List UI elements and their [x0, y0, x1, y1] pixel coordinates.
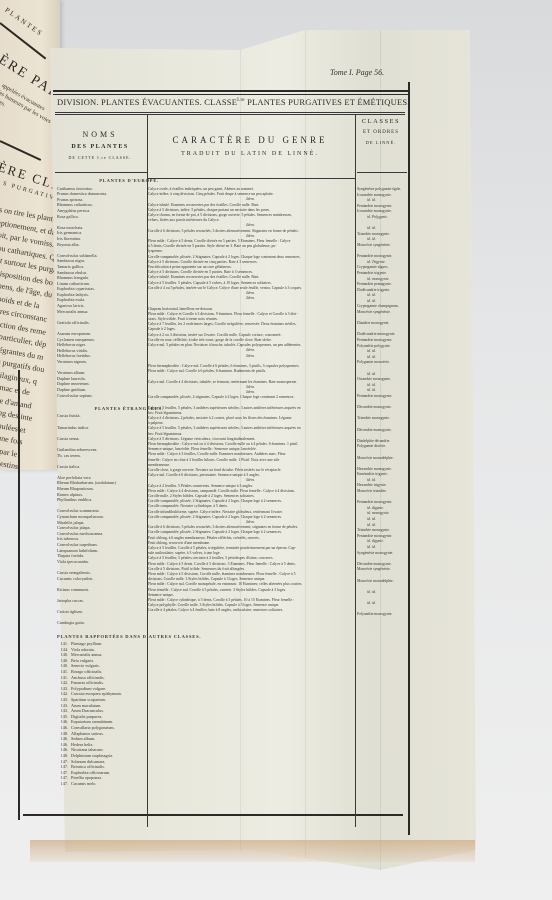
header-rule [357, 172, 407, 173]
frame-rule-left [18, 370, 20, 820]
rule [0, 140, 41, 161]
column-header-caractere: CARACTÈRE DU GENRE TRADUIT DU LATIN DE L… [150, 135, 350, 157]
banner-division: DIVISION. PLANTES ÉVACUANTES. CLASSE [57, 97, 237, 107]
column-header-noms: NOMS DES PLANTES DE CETTE I.re CLASSE. [55, 130, 145, 160]
frame-rule-top-inner [53, 94, 409, 95]
banner-rule [55, 112, 405, 113]
section-heading: PLANTES RAPPORTÉES DANS D'AUTRES CLASSES… [57, 634, 201, 640]
linnaean-class-line: Syngénésie polygamie égale. [357, 187, 407, 193]
frame-rule-top [53, 90, 409, 92]
table-banner: DIVISION. PLANTES ÉVACUANTES. CLASSEI.re… [57, 97, 407, 107]
spacer [57, 626, 201, 632]
section-heading: PLANTES D'EUROPE. [57, 178, 201, 184]
banner-classe-sup: I.re [237, 98, 245, 103]
linnaean-class-line: Polyandrie monogynie. [357, 612, 407, 618]
banner-classe-title: PLANTES PURGATIVES ET ÉMÉTIQUES. [247, 97, 410, 107]
frame-rule-bottom [23, 814, 403, 816]
plant-reference-row: 147.Cucumis melo. [57, 781, 201, 787]
column-divider [355, 115, 356, 827]
frame-rule-right [408, 82, 410, 835]
running-head: PLANTES [2, 6, 44, 40]
banner-rule [55, 114, 405, 115]
linnaeus-classes-column: Syngénésie polygamie égale.Icosandrie mo… [357, 187, 407, 618]
character-line: Corolle à 4 pétales; Calyce à 4 feuilles… [148, 608, 353, 613]
header-rule [55, 172, 147, 173]
left-page-body: s on tire les plantes nptionement, et da… [0, 205, 60, 470]
plant-name: Cucumis melo. [71, 781, 96, 787]
column-header-classes: CLASSES ET ORDRES DE LINNÉ. [357, 118, 405, 145]
torn-foxed-edge [30, 840, 475, 862]
genus-character-column: Calyce ovale, à écailles imbriquées, un … [148, 187, 353, 614]
page-reference: Tome I. Page 56. [330, 68, 384, 77]
page-number: 147. [57, 781, 71, 787]
